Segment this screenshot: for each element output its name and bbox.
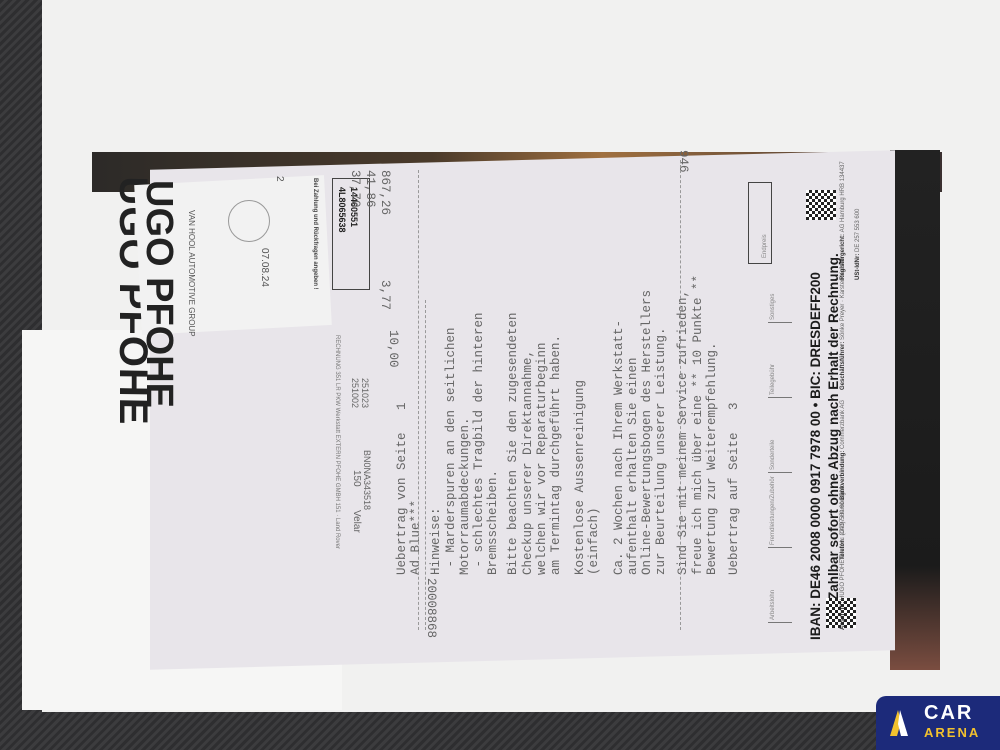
car-arena-badge: CAR ARENA bbox=[876, 696, 1000, 750]
badge-line1: CAR bbox=[924, 702, 973, 725]
car-arena-logo-icon bbox=[888, 708, 910, 738]
invoice-header-flap bbox=[134, 175, 332, 335]
badge-line2: ARENA bbox=[924, 725, 980, 740]
